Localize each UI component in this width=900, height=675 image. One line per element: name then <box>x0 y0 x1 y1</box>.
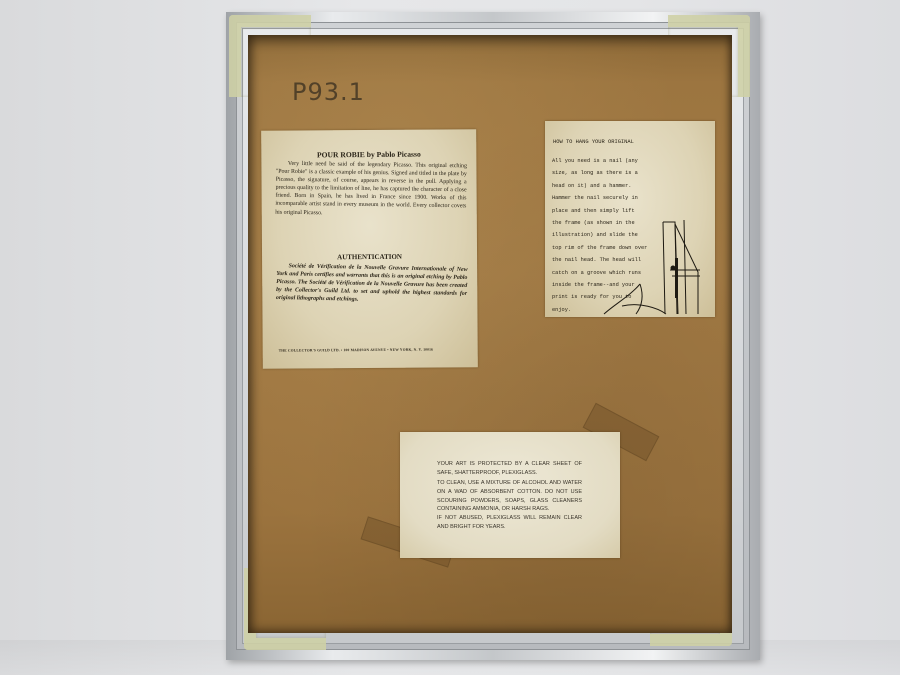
hang-instruction-line: enjoy. <box>552 307 571 313</box>
publisher-footer: THE COLLECTOR'S GUILD LTD. • 100 MADISON… <box>279 347 470 352</box>
authentication-text: Société de Vérification de la Nouvelle G… <box>276 262 468 306</box>
care-paragraph-2: TO CLEAN, USE A MIXTURE OF ALCOHOL AND W… <box>437 479 582 514</box>
authentication-heading: AUTHENTICATION <box>262 252 477 262</box>
hanging-instructions-label: HOW TO HANG YOUR ORIGINAL All you need i… <box>545 121 715 317</box>
hang-instruction-line: Hammer the nail securely in <box>552 195 638 201</box>
label-description: Very little need be said of the legendar… <box>275 160 467 219</box>
hang-instruction-line: size, as long as there is a <box>552 170 638 176</box>
plexiglass-care-label: YOUR ART IS PROTECTED BY A CLEAR SHEET O… <box>400 432 620 558</box>
label-title: POUR ROBIE by Pablo Picasso <box>261 149 476 160</box>
hang-title: HOW TO HANG YOUR ORIGINAL <box>553 139 634 145</box>
care-paragraph-3: IF NOT ABUSED, PLEXIGLASS WILL REMAIN CL… <box>437 514 582 532</box>
hanging-illustration-icon <box>600 206 710 318</box>
care-paragraph-1: YOUR ART IS PROTECTED BY A CLEAR SHEET O… <box>437 460 582 478</box>
hang-instruction-line: All you need is a nail (any <box>552 158 638 164</box>
inventory-mark: P93.1 <box>292 78 365 106</box>
picasso-certificate-label: POUR ROBIE by Pablo Picasso Very little … <box>261 129 478 368</box>
hang-instruction-line: head on it) and a hammer. <box>552 183 631 189</box>
